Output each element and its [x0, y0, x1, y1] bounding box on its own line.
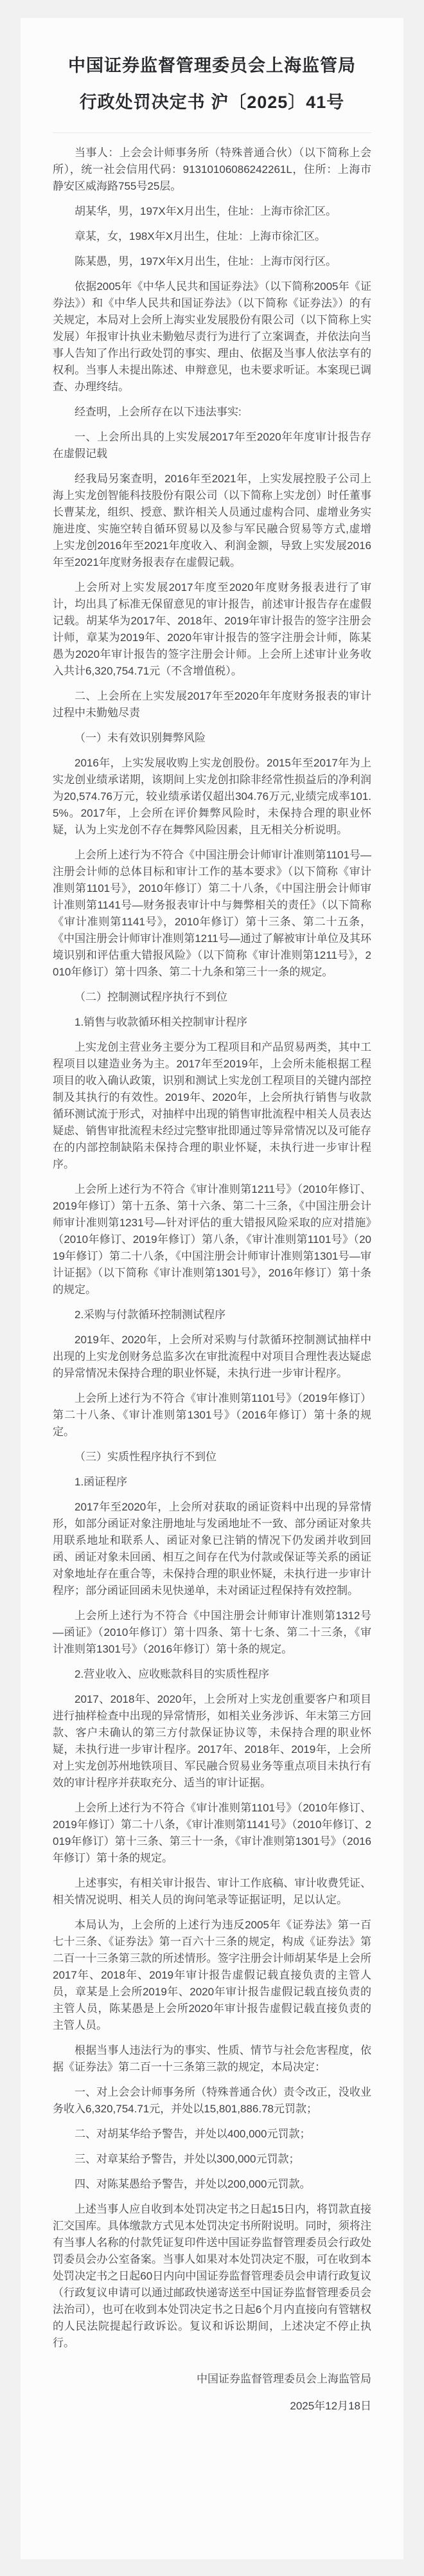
paragraph: 四、对陈某愚给予警告，并处以200,000元罚款。: [53, 2176, 371, 2193]
signature-block: 中国证券监督管理委员会上海监管局 2025年12月18日: [53, 2371, 371, 2415]
paragraph: 二、对胡某华给予警告，并处以400,000元罚款；: [53, 2126, 371, 2143]
paragraph: 上会所上述行为不符合《中国注册会计师审计准则第1312号—函证》（2010年修订…: [53, 1608, 371, 1658]
signature-date: 2025年12月18日: [53, 2398, 371, 2415]
paragraph: 章某，女，198X年X月出生，住址：上海市徐汇区。: [53, 228, 371, 245]
paragraph: 1.函证程序: [53, 1474, 371, 1491]
title-line-2: 行政处罚决定书 沪〔2025〕41号: [53, 84, 371, 121]
paragraph: 上述事实，有相关审计报告、审计工作底稿、审计收费凭证、相关情况说明、相关人员的询…: [53, 1875, 371, 1909]
document-title: 中国证券监督管理委员会上海监管局 行政处罚决定书 沪〔2025〕41号: [53, 48, 371, 121]
paragraph: 上会所上述行为不符合《审计准则第1101号》（2019年修订）第二十八条、《审计…: [53, 1390, 371, 1440]
paragraph: （二）控制测试程序执行不到位: [53, 989, 371, 1006]
paragraph: 一、上会所出具的上实发展2017年至2020年年度审计报告存在虚假记载: [53, 429, 371, 462]
paragraph: 经我局另案查明，2016年至2021年，上实发展控股子公司上海上实龙创智能科技股…: [53, 471, 371, 571]
title-divider: [53, 132, 371, 133]
paragraph: 一、对上会会计师事务所（特殊普通合伙）责令改正，没收业务收入6,320,754.…: [53, 2084, 371, 2118]
page-background: { "page": { "background_color": "#f1f1f2…: [0, 0, 424, 2576]
signature-org: 中国证券监督管理委员会上海监管局: [53, 2371, 371, 2388]
paragraph: （一）未有效识别舞弊风险: [53, 730, 371, 747]
paragraph: 2.营业收入、应收账款科目的实质性程序: [53, 1666, 371, 1683]
paragraph: 2017年至2020年，上会所对获取的函证资料中出现的异常情形，如部分函证对象注…: [53, 1499, 371, 1599]
paragraph: 三、对章某给予警告，并处以300,000元罚款；: [53, 2151, 371, 2168]
paragraph: 二、上会所在上实发展2017年至2020年年度财务报表的审计过程中未勤勉尽责: [53, 688, 371, 721]
paragraph: 依据2005年《中华人民共和国证券法》（以下简称2005年《证券法》）和《中华人…: [53, 278, 371, 395]
paragraph: 上实龙创主营业务主要分为工程项目和产品贸易两类，其中工程项目以建造业务为主。20…: [53, 1039, 371, 1173]
paragraph: 上会所上述行为不符合《审计准则第1101号》（2010年修订、2019年修订）第…: [53, 1800, 371, 1867]
paragraph: 上述当事人应自收到本处罚决定书之日起15日内，将罚款直接汇交国库。具体缴款方式见…: [53, 2201, 371, 2352]
paragraph: 上会所对上实发展2017年度至2020年度财务报表进行了审计，均出具了标准无保留…: [53, 579, 371, 680]
document-body: 当事人：上会会计师事务所（特殊普通合伙）（以下简称上会所），统一社会信用代码：9…: [53, 145, 371, 2352]
title-line-1: 中国证券监督管理委员会上海监管局: [53, 48, 371, 84]
paragraph: 2016年，上实发展收购上实龙创股份。2015年至2017年为上实龙创业绩承诺期…: [53, 755, 371, 839]
document-card: 中国证券监督管理委员会上海监管局 行政处罚决定书 沪〔2025〕41号 当事人：…: [21, 18, 403, 2559]
paragraph: 本局认为，上会所的上述行为违反2005年《证券法》第一百七十三条、《证券法》第一…: [53, 1917, 371, 2034]
paragraph: 1.销售与收款循环相关控制审计程序: [53, 1014, 371, 1031]
paragraph: （三）实质性程序执行不到位: [53, 1449, 371, 1465]
paragraph: 上会所上述行为不符合《审计准则第1211号》（2010年修订、2019年修订）第…: [53, 1181, 371, 1298]
paragraph: 2.采购与付款循环控制测试程序: [53, 1307, 371, 1323]
paragraph: 上会所上述行为不符合《中国注册会计师审计准则第1101号—注册会计师的总体目标和…: [53, 847, 371, 981]
paragraph: 2017、2018年、2020年，上会所对上实龙创重要客户和项目进行抽样检查中出…: [53, 1691, 371, 1791]
paragraph: 陈某愚，男，197X年X月出生，住址：上海市闵行区。: [53, 253, 371, 270]
paragraph: 根据当事人违法行为的事实、性质、情节与社会危害程度，依据《证券法》第二百一十三条…: [53, 2042, 371, 2076]
paragraph: 胡某华，男，197X年X月出生，住址：上海市徐汇区。: [53, 203, 371, 220]
paragraph: 经查明，上会所存在以下违法事实:: [53, 404, 371, 421]
paragraph: 2019年、2020年，上会所对采购与付款循环控制测试抽样中出现的上实龙创财务总…: [53, 1332, 371, 1382]
paragraph: 当事人：上会会计师事务所（特殊普通合伙）（以下简称上会所），统一社会信用代码：9…: [53, 145, 371, 195]
